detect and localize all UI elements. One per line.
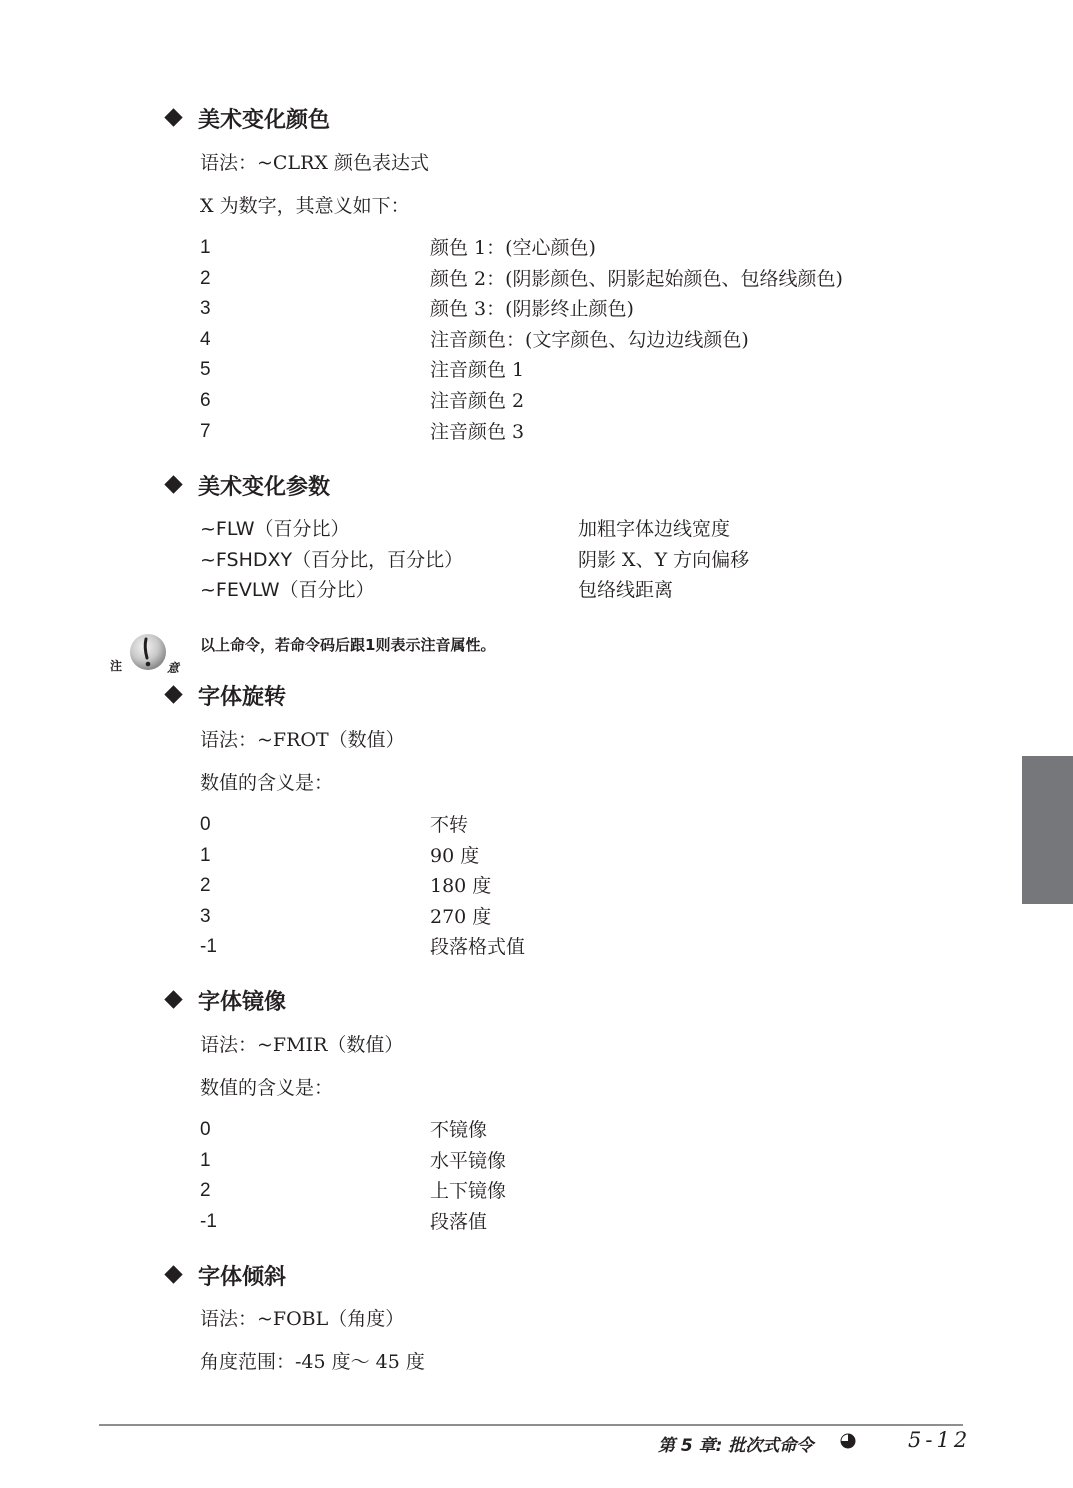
row-value: 不转 <box>430 813 468 837</box>
syntax-line: 语法：~FMIR（数值） <box>200 1033 403 1057</box>
diamond-bullet-icon <box>164 990 182 1008</box>
row-value: 90 度 <box>430 844 479 868</box>
row-key: -1 <box>200 935 217 959</box>
row-key: 7 <box>200 420 211 444</box>
table-row: 5注音颜色 1 <box>0 358 900 389</box>
heading-text: 字体镜像 <box>198 990 286 1015</box>
row-value: 颜色 2：(阴影颜色、阴影起始颜色、包络线颜色) <box>430 267 843 291</box>
half-circle-icon <box>840 1433 856 1453</box>
section-heading-art-params: 美术变化参数 <box>165 475 330 501</box>
row-value: 注音颜色：(文字颜色、勾边边线颜色) <box>430 328 749 352</box>
note-callout-icon: 注 意 <box>110 633 182 675</box>
table-row: ~FSHDXY（百分比，百分比）阴影 X、Y 方向偏移 <box>0 548 900 579</box>
intro-line: 数值的含义是： <box>200 1076 333 1100</box>
row-value: 270 度 <box>430 905 491 929</box>
row-key: 3 <box>200 297 211 321</box>
row-key: 0 <box>200 813 211 837</box>
table-row: 190 度 <box>0 844 900 875</box>
intro-line: X 为数字，其意义如下： <box>200 194 410 218</box>
row-value: 不镜像 <box>430 1118 487 1142</box>
row-key: 2 <box>200 267 211 291</box>
footer-chapter: 第 5 章: 批次式命令 <box>658 1431 813 1456</box>
table-row: 4注音颜色：(文字颜色、勾边边线颜色) <box>0 328 900 359</box>
section-heading-art-color: 美术变化颜色 <box>165 108 330 134</box>
row-value: 注音颜色 1 <box>430 358 524 382</box>
row-value: 段落格式值 <box>430 935 525 959</box>
row-key: ~FEVLW（百分比） <box>200 578 374 602</box>
row-key: 2 <box>200 1179 211 1203</box>
heading-text: 美术变化参数 <box>198 475 330 500</box>
row-value: 上下镜像 <box>430 1179 506 1203</box>
row-key: 5 <box>200 358 211 382</box>
row-key: 0 <box>200 1118 211 1142</box>
row-value: 段落值 <box>430 1210 487 1234</box>
heading-text: 字体倾斜 <box>198 1265 286 1290</box>
row-value: 颜色 3：(阴影终止颜色) <box>430 297 634 321</box>
table-row: -1段落格式值 <box>0 935 900 966</box>
heading-text: 字体旋转 <box>198 685 286 710</box>
row-value: 水平镜像 <box>430 1149 506 1173</box>
table-row: 2上下镜像 <box>0 1179 900 1210</box>
syntax-line: 语法：~FROT（数值） <box>200 728 405 752</box>
table-row: 2180 度 <box>0 874 900 905</box>
row-key: 2 <box>200 874 211 898</box>
row-key: ~FLW（百分比） <box>200 517 349 541</box>
section-heading-font-rotate: 字体旋转 <box>165 685 286 711</box>
intro-line: 数值的含义是： <box>200 771 333 795</box>
table-row: 0不镜像 <box>0 1118 900 1149</box>
row-value: 注音颜色 2 <box>430 389 524 413</box>
row-value: 加粗字体边线宽度 <box>578 517 730 541</box>
table-row: ~FEVLW（百分比）包络线距离 <box>0 578 900 609</box>
row-key: 3 <box>200 905 211 929</box>
table-row: 6注音颜色 2 <box>0 389 900 420</box>
row-value: 包络线距离 <box>578 578 673 602</box>
section-heading-font-oblique: 字体倾斜 <box>165 1265 286 1291</box>
diamond-bullet-icon <box>164 685 182 703</box>
row-key: 1 <box>200 844 211 868</box>
row-key: 6 <box>200 389 211 413</box>
row-value: 180 度 <box>430 874 491 898</box>
page-number: 5-12 <box>908 1428 971 1452</box>
heading-text: 美术变化颜色 <box>198 108 330 133</box>
table-row: 1水平镜像 <box>0 1149 900 1180</box>
row-key: -1 <box>200 1210 217 1234</box>
row-key: ~FSHDXY（百分比，百分比） <box>200 548 463 572</box>
range-line: 角度范围：-45 度～ 45 度 <box>200 1350 425 1374</box>
row-value: 阴影 X、Y 方向偏移 <box>578 548 749 572</box>
diamond-bullet-icon <box>164 475 182 493</box>
table-row: ~FLW（百分比）加粗字体边线宽度 <box>0 517 900 548</box>
row-key: 1 <box>200 1149 211 1173</box>
note-label-right: 意 <box>167 659 179 676</box>
diamond-bullet-icon <box>164 108 182 126</box>
table-row: 1颜色 1：(空心颜色) <box>0 236 900 267</box>
table-row: 7注音颜色 3 <box>0 420 900 451</box>
table-row: 2颜色 2：(阴影颜色、阴影起始颜色、包络线颜色) <box>0 267 900 298</box>
row-key: 4 <box>200 328 211 352</box>
table-row: 3270 度 <box>0 905 900 936</box>
footer-rule <box>99 1424 963 1426</box>
table-row: 0不转 <box>0 813 900 844</box>
section-heading-font-mirror: 字体镜像 <box>165 990 286 1016</box>
diamond-bullet-icon <box>164 1265 182 1283</box>
syntax-line: 语法：~FOBL（角度） <box>200 1307 404 1331</box>
syntax-line: 语法：~CLRX 颜色表达式 <box>200 151 429 175</box>
chapter-side-tab <box>1022 756 1073 904</box>
row-value: 颜色 1：(空心颜色) <box>430 236 596 260</box>
row-value: 注音颜色 3 <box>430 420 524 444</box>
table-row: -1段落值 <box>0 1210 900 1241</box>
note-label-left: 注 <box>110 657 122 674</box>
note-text: 以上命令，若命令码后跟1则表示注音属性。 <box>200 634 495 655</box>
row-key: 1 <box>200 236 211 260</box>
table-row: 3颜色 3：(阴影终止颜色) <box>0 297 900 328</box>
